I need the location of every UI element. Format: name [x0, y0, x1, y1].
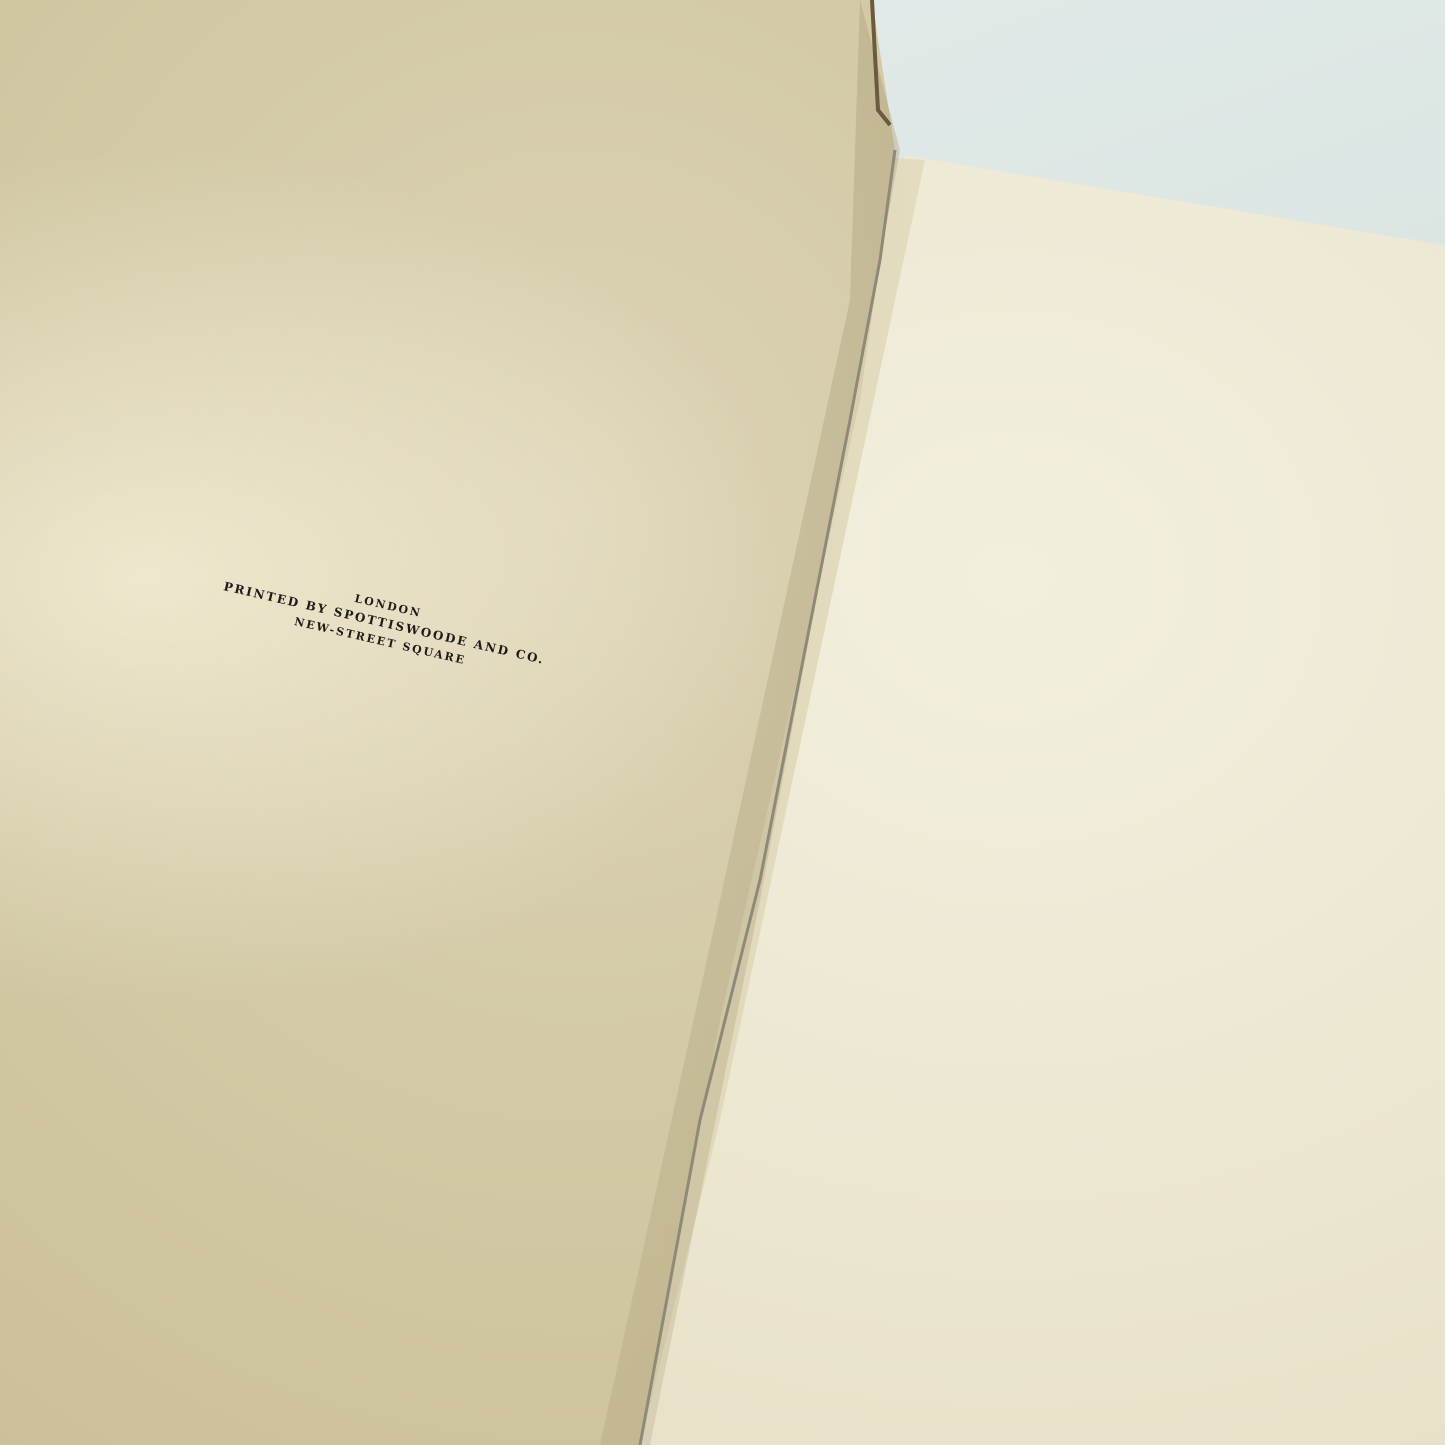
- book-photo: LONDON PRINTED BY SPOTTISWOODE AND CO. N…: [0, 0, 1445, 1445]
- spine-edge: [0, 0, 1445, 1445]
